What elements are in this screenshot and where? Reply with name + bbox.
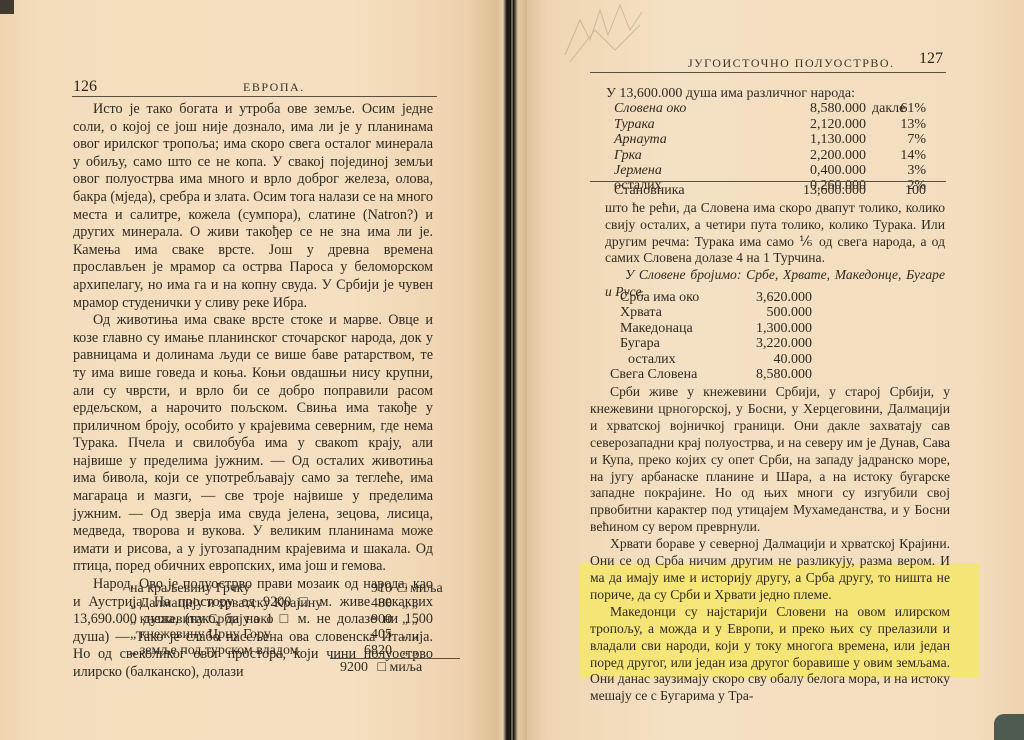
paragraph-croats: Хрвати бораве у северној Далмацији и хрв…: [590, 536, 950, 604]
page-number-right: 127: [919, 50, 943, 68]
population-row: Грка 2,200.000 14%: [606, 148, 936, 163]
area-total-rule: [330, 658, 460, 659]
right-body-text-1: што ће рећи, да Словена има скоро двапут…: [605, 200, 945, 301]
right-body-text-2: Срби живе у кнежевини Србији, у старој С…: [590, 384, 950, 705]
slav-row: Хрвата 500.000: [620, 305, 830, 320]
paragraph-animals: Од животиња има сваке врсте стоке и марв…: [73, 312, 433, 576]
slav-total-row: Свега Словена 8,580.000: [620, 367, 830, 382]
paragraph-serbs: Срби живе у кнежевини Србији, у старој С…: [590, 384, 950, 536]
slav-row: осталих 40.000: [620, 352, 830, 367]
handwritten-pencil-note: [560, 0, 650, 70]
population-row: Јермена 0,400.000 3%: [606, 163, 936, 178]
table-surface-corner: [994, 714, 1024, 740]
population-intro: У 13,600.000 душа има различног народа:: [606, 86, 936, 101]
slav-row: Срба има око 3,620.000: [620, 290, 830, 305]
running-head-left: ЕВРОПА.: [243, 80, 305, 95]
page-number-left: 126: [73, 78, 97, 96]
slav-table: Срба има око 3,620.000 Хрвата 500.000 Ма…: [620, 290, 830, 382]
area-row: „ кнежевину Србију око 900 „ „: [130, 612, 450, 627]
paragraph-minerals: Исто је тако богата и утроба ове земље. …: [73, 101, 433, 312]
binding-thread: [511, 0, 513, 740]
population-row: Турака 2,120.000 13%: [606, 117, 936, 132]
population-table: У 13,600.000 душа има различног народа: …: [606, 86, 936, 194]
slav-row: Македонаца 1,300.000: [620, 321, 830, 336]
page-corner-shadow: [0, 0, 14, 14]
slav-row: Бугара 3,220.000: [620, 336, 830, 351]
area-row: „ Далмацију и хрватску Крајину 480 „ „: [130, 596, 450, 611]
area-row: „ земље под турском владом 6820 „ „: [130, 643, 450, 658]
paragraph-macedonians: Македонци су најстарији Словени на овом …: [590, 604, 950, 705]
header-rule-right: [590, 72, 946, 73]
population-row: Арнаута 1,130.000 7%: [606, 132, 936, 147]
book-spread: 126 ЕВРОПА. Исто је тако богата и утроба…: [0, 0, 1024, 740]
header-rule-left: [72, 96, 437, 97]
area-row: „ кнежевину Црну Гору 405 „ „: [130, 627, 450, 642]
population-total-rule: [590, 181, 946, 182]
paragraph-proportion: што ће рећи, да Словена има скоро двапут…: [605, 200, 945, 267]
area-total: 9200 □ миља: [340, 660, 422, 675]
running-head-right: ЈУГОИСТОЧНО ПОЛУОСТРВО.: [688, 56, 895, 71]
book-gutter: [497, 0, 527, 740]
population-total: Становника 13,600.000 100: [614, 183, 944, 198]
area-row: на краљевину Грчку 910 □ миља: [130, 581, 450, 596]
area-table: на краљевину Грчку 910 □ миља „ Далмациј…: [130, 581, 450, 658]
population-row: Словена око 8,580.000 дакле 61%: [606, 101, 936, 116]
